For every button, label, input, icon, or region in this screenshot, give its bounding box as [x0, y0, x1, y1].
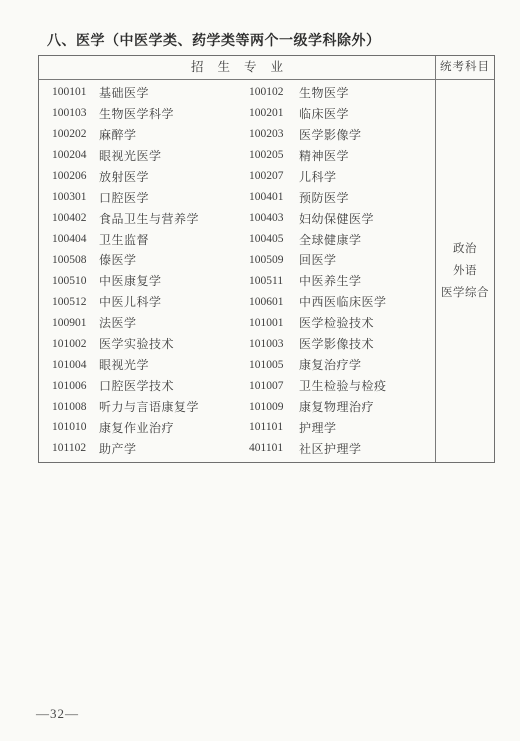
major-name-left: 麻醉学: [99, 126, 249, 143]
major-name-right: 中医养生学: [299, 272, 435, 289]
major-code-right: 101005: [249, 359, 299, 371]
major-name-left: 傣医学: [99, 251, 249, 268]
major-code-left: 101006: [52, 380, 99, 392]
table-row: 101004 眼视光学 101005 康复治疗学: [39, 354, 435, 375]
major-code-right: 100601: [249, 296, 299, 308]
major-name-left: 基础医学: [99, 84, 249, 101]
major-name-right: 医学检验技术: [299, 314, 435, 331]
table-row: 100301 口腔医学 100401 预防医学: [39, 187, 435, 208]
major-code-left: 100510: [52, 275, 99, 287]
major-name-right: 精神医学: [299, 147, 435, 164]
major-code-left: 100206: [52, 170, 99, 182]
major-code-left: 100202: [52, 128, 99, 140]
table-row: 100508 傣医学 100509 回医学: [39, 250, 435, 271]
major-name-right: 医学影像技术: [299, 335, 435, 352]
exam-subject-foreign-language: 外语: [453, 260, 477, 282]
major-name-left: 听力与言语康复学: [99, 398, 249, 415]
table-row: 101008 听力与言语康复学 101009 康复物理治疗: [39, 396, 435, 417]
major-name-right: 儿科学: [299, 168, 435, 185]
exam-subject-medical-comprehensive: 医学综合: [441, 282, 489, 304]
major-name-right: 生物医学: [299, 84, 435, 101]
major-code-left: 100101: [52, 86, 99, 98]
major-name-right: 临床医学: [299, 105, 435, 122]
majors-table: 招生专业 统考科目 100101 基础医学 100102 生物医学 100103…: [38, 55, 495, 463]
major-code-right: 100511: [249, 275, 299, 287]
major-name-left: 口腔医学: [99, 189, 249, 206]
major-code-right: 100405: [249, 233, 299, 245]
major-code-left: 101008: [52, 401, 99, 413]
major-code-right: 401101: [249, 442, 299, 454]
table-header-row: 招生专业 统考科目: [39, 56, 494, 80]
table-row: 101002 医学实验技术 101003 医学影像技术: [39, 333, 435, 354]
major-code-left: 100301: [52, 191, 99, 203]
major-code-left: 100402: [52, 212, 99, 224]
table-row: 100101 基础医学 100102 生物医学: [39, 82, 435, 103]
major-name-right: 康复治疗学: [299, 356, 435, 373]
major-name-right: 预防医学: [299, 189, 435, 206]
table-row: 100404 卫生监督 100405 全球健康学: [39, 229, 435, 250]
major-code-right: 100207: [249, 170, 299, 182]
major-name-left: 医学实验技术: [99, 335, 249, 352]
header-exam-subjects: 统考科目: [435, 56, 494, 79]
major-name-left: 食品卫生与营养学: [99, 210, 249, 227]
exam-subject-politics: 政治: [453, 238, 477, 260]
major-code-left: 100508: [52, 254, 99, 266]
table-row: 100103 生物医学科学 100201 临床医学: [39, 103, 435, 124]
major-code-left: 101004: [52, 359, 99, 371]
major-name-left: 眼视光医学: [99, 147, 249, 164]
major-name-left: 中医康复学: [99, 272, 249, 289]
major-name-left: 生物医学科学: [99, 105, 249, 122]
table-row: 101006 口腔医学技术 101007 卫生检验与检疫: [39, 375, 435, 396]
major-name-left: 放射医学: [99, 168, 249, 185]
major-name-right: 中西医临床医学: [299, 293, 435, 310]
major-name-left: 卫生监督: [99, 231, 249, 248]
table-row: 101102 助产学 401101 社区护理学: [39, 438, 435, 459]
table-row: 100402 食品卫生与营养学 100403 妇幼保健医学: [39, 208, 435, 229]
major-name-right: 卫生检验与检疫: [299, 377, 435, 394]
table-row: 100202 麻醉学 100203 医学影像学: [39, 124, 435, 145]
major-code-left: 100901: [52, 317, 99, 329]
major-name-left: 中医儿科学: [99, 293, 249, 310]
major-code-right: 100401: [249, 191, 299, 203]
major-name-right: 医学影像学: [299, 126, 435, 143]
major-name-left: 法医学: [99, 314, 249, 331]
major-name-right: 回医学: [299, 251, 435, 268]
major-code-right: 100205: [249, 149, 299, 161]
major-name-right: 社区护理学: [299, 440, 435, 457]
majors-rows: 100101 基础医学 100102 生物医学 100103 生物医学科学 10…: [39, 80, 435, 462]
major-name-right: 康复物理治疗: [299, 398, 435, 415]
major-name-left: 助产学: [99, 440, 249, 457]
major-name-left: 口腔医学技术: [99, 377, 249, 394]
table-row: 100510 中医康复学 100511 中医养生学: [39, 270, 435, 291]
major-code-left: 100103: [52, 107, 99, 119]
major-code-right: 101007: [249, 380, 299, 392]
exam-subjects-cell: 政治 外语 医学综合: [435, 80, 494, 462]
major-code-left: 100404: [52, 233, 99, 245]
table-row: 100901 法医学 101001 医学检验技术: [39, 312, 435, 333]
major-code-right: 101009: [249, 401, 299, 413]
major-code-right: 100102: [249, 86, 299, 98]
major-name-right: 护理学: [299, 419, 435, 436]
major-name-left: 康复作业治疗: [99, 419, 249, 436]
section-title: 八、医学（中医学类、药学类等两个一级学科除外）: [47, 30, 381, 50]
major-code-right: 100403: [249, 212, 299, 224]
table-row: 100512 中医儿科学 100601 中西医临床医学: [39, 291, 435, 312]
major-code-left: 100204: [52, 149, 99, 161]
major-code-left: 101002: [52, 338, 99, 350]
header-enrollment-majors: 招生专业: [39, 56, 435, 79]
table-row: 100204 眼视光医学 100205 精神医学: [39, 145, 435, 166]
table-row: 101010 康复作业治疗 101101 护理学: [39, 417, 435, 438]
major-code-right: 101101: [249, 421, 299, 433]
major-code-left: 101102: [52, 442, 99, 454]
major-code-right: 100509: [249, 254, 299, 266]
major-code-right: 100201: [249, 107, 299, 119]
major-code-right: 100203: [249, 128, 299, 140]
major-code-left: 101010: [52, 421, 99, 433]
major-code-left: 100512: [52, 296, 99, 308]
major-code-right: 101001: [249, 317, 299, 329]
table-body: 100101 基础医学 100102 生物医学 100103 生物医学科学 10…: [39, 80, 494, 462]
table-row: 100206 放射医学 100207 儿科学: [39, 166, 435, 187]
major-name-left: 眼视光学: [99, 356, 249, 373]
major-code-right: 101003: [249, 338, 299, 350]
major-name-right: 全球健康学: [299, 231, 435, 248]
page-number: —32—: [36, 706, 79, 722]
major-name-right: 妇幼保健医学: [299, 210, 435, 227]
